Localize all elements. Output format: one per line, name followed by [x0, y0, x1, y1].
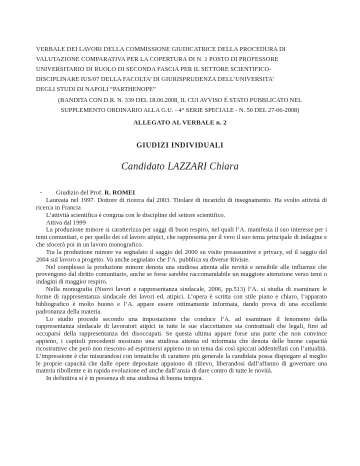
list-dash: - [40, 189, 56, 197]
candidato-heading: Candidato LAZZARI Chiara [0, 161, 360, 173]
body-paragraph: Lo studio procede secondo una impostazio… [36, 315, 327, 374]
bando-note: (BANDITA CON D.R. N. 339 DEL 18.06.2008,… [25, 95, 335, 115]
body-paragraph: Tra la produzione minore va segnalato il… [36, 248, 327, 263]
document-content: VERBALE DEI LAVORI DELLA COMMISSIONE GIU… [0, 0, 360, 466]
body-paragraph: In definitiva si è in presenza di una st… [36, 375, 327, 382]
document-header-title: VERBALE DEI LAVORI DELLA COMMISSIONE GIU… [36, 44, 327, 94]
body-paragraph: Attiva dal 1999 [36, 219, 327, 226]
judgement-body: Laureata nel 1997. Dottore di ricerca da… [36, 197, 327, 383]
document-page: VERBALE DEI LAVORI DELLA COMMISSIONE GIU… [0, 0, 360, 466]
body-paragraph: La produzione minore si caratterizza per… [36, 226, 327, 248]
body-paragraph: L’attività scientifica è congrua con le … [36, 211, 327, 218]
giudizio-prof-line: -Giudizio del Prof. R. ROMEI [40, 189, 320, 197]
body-paragraph: Nella monografia (Nuovi lavori e rappres… [36, 286, 327, 316]
giudizi-individuali-heading: GIUDIZI INDIVIDUALI [0, 142, 360, 151]
judge-name: R. ROMEI [104, 189, 135, 197]
allegato-heading: ALLEGATO AL VERBALE n. 2 [0, 119, 360, 127]
giudizio-prefix: Giudizio del Prof. [56, 189, 104, 197]
body-paragraph: Laureata nel 1997. Dottore di ricerca da… [36, 197, 327, 212]
body-paragraph: Nel complesso la produzione minore denot… [36, 263, 327, 285]
